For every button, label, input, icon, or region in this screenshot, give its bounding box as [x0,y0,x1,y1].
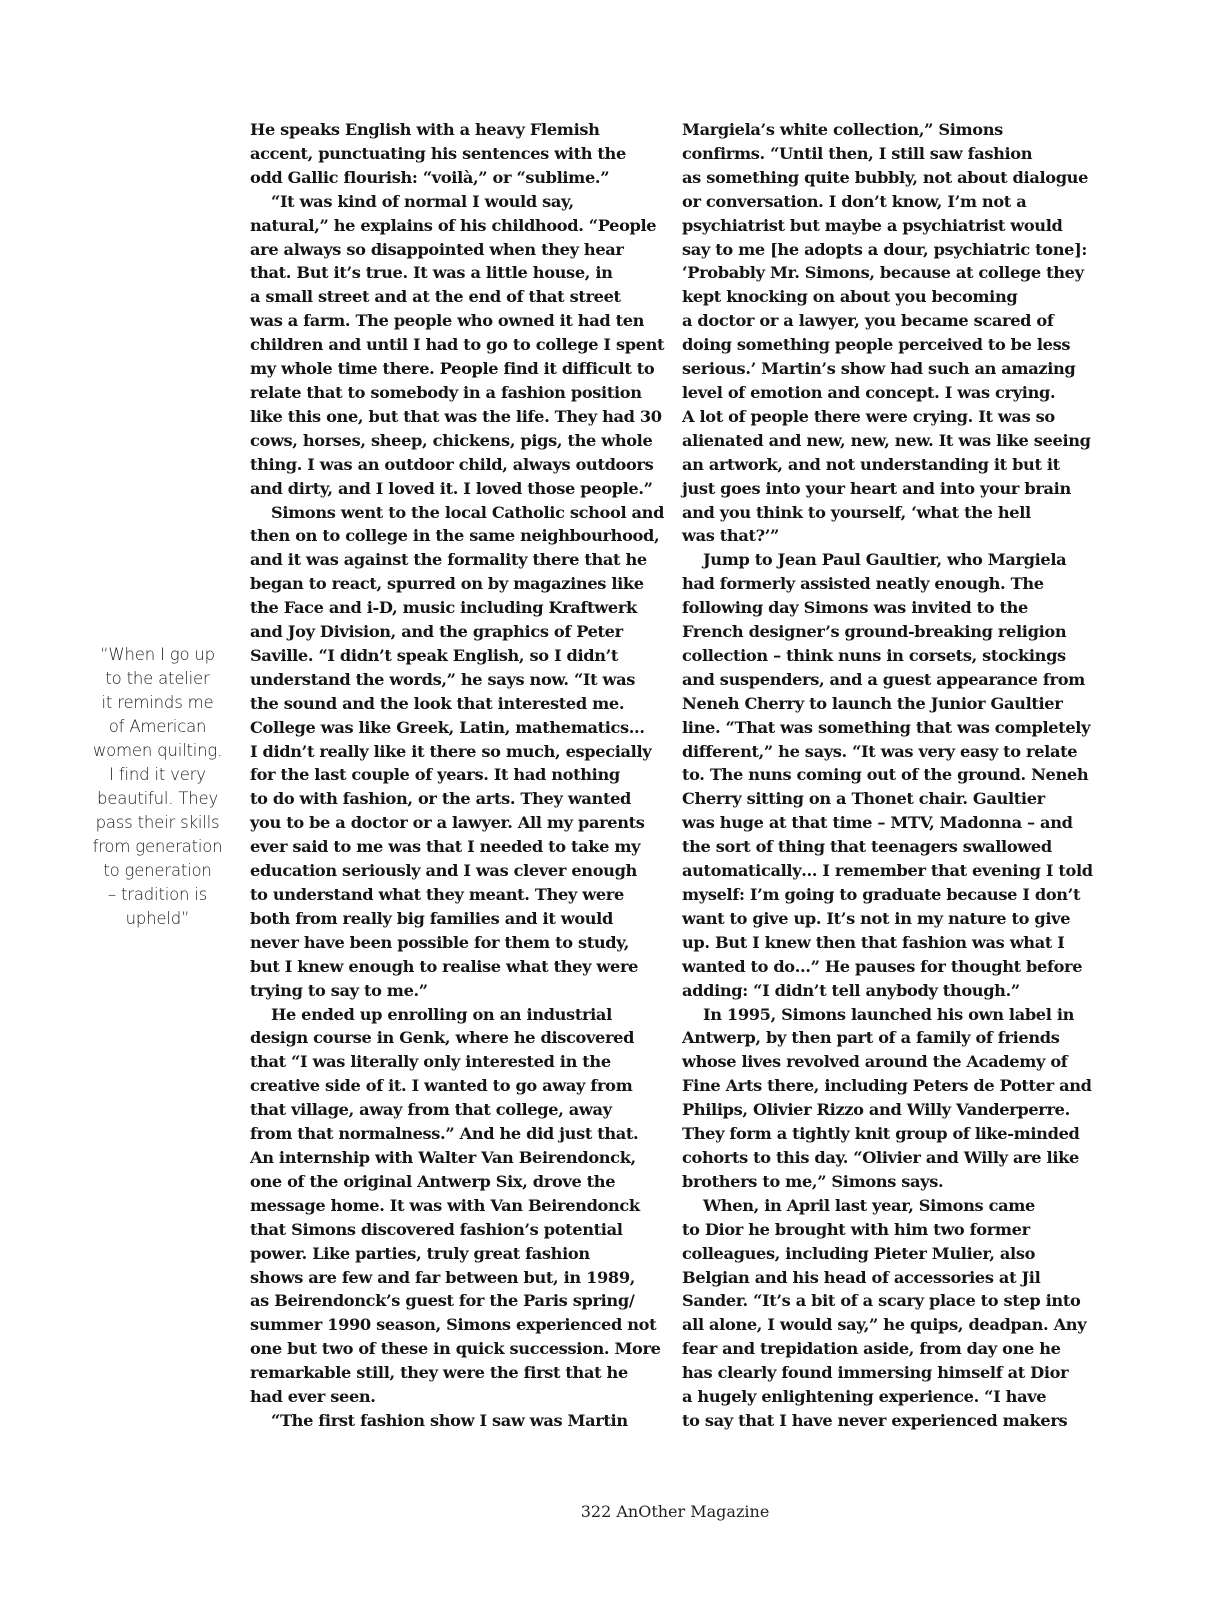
page-footer: 322 AnOther Magazine [0,1502,1230,1521]
text-line: a small street and at the end of that st… [250,285,680,309]
text-line: A lot of people there were crying. It wa… [682,405,1122,429]
text-line: a hugely enlightening experience. “I hav… [682,1385,1122,1409]
page-folio: 322 AnOther Magazine [581,1502,770,1521]
pull-quote-line: upheld” [70,907,245,931]
text-line: from that normalness.” And he did just t… [250,1122,680,1146]
text-line: as something quite bubbly, not about dia… [682,166,1122,190]
text-line: up. But I knew then that fashion was wha… [682,931,1122,955]
article-column-right: Margiela’s white collection,” Simonsconf… [682,118,1122,1433]
pull-quote-line: – tradition is [70,883,245,907]
text-line: my whole time there. People find it diff… [250,357,680,381]
text-line: Philips, Olivier Rizzo and Willy Vanderp… [682,1098,1122,1122]
text-line: and Joy Division, and the graphics of Pe… [250,620,680,644]
text-line: and it was against the formality there t… [250,548,680,572]
paragraph-first-line: In 1995, Simons launched his own label i… [682,1003,1122,1027]
text-line: children and until I had to go to colleg… [250,333,680,357]
text-line: to do with fashion, or the arts. They wa… [250,787,680,811]
text-line: that village, away from that college, aw… [250,1098,680,1122]
paragraph-first-line: He ended up enrolling on an industrial [250,1003,680,1027]
text-line: He speaks English with a heavy Flemish [250,118,680,142]
text-line: relate that to somebody in a fashion pos… [250,381,680,405]
text-line: Saville. “I didn’t speak English, so I d… [250,644,680,668]
text-line: and you think to yourself, ‘what the hel… [682,501,1122,525]
text-line: want to give up. It’s not in my nature t… [682,907,1122,931]
text-line: level of emotion and concept. I was cryi… [682,381,1122,405]
text-line: like this one, but that was the life. Th… [250,405,680,429]
text-line: whose lives revolved around the Academy … [682,1050,1122,1074]
pull-quote-line: women quilting. [70,739,245,763]
text-line: shows are few and far between but, in 19… [250,1266,680,1290]
text-line: alienated and new, new, new. It was like… [682,429,1122,453]
text-line: Fine Arts there, including Peters de Pot… [682,1074,1122,1098]
text-line: you to be a doctor or a lawyer. All my p… [250,811,680,835]
text-line: French designer’s ground-breaking religi… [682,620,1122,644]
paragraph-first-line: Simons went to the local Catholic school… [250,501,680,525]
pull-quote-line: of American [70,715,245,739]
text-line: the sound and the look that interested m… [250,692,680,716]
text-line: College was like Greek, Latin, mathemati… [250,716,680,740]
text-line: ‘Probably Mr. Simons, because at college… [682,261,1122,285]
text-line: serious.’ Martin’s show had such an amaz… [682,357,1122,381]
text-line: Neneh Cherry to launch the Junior Gaulti… [682,692,1122,716]
paragraph-first-line: Jump to Jean Paul Gaultier, who Margiela [682,548,1122,572]
text-line: They form a tightly knit group of like-m… [682,1122,1122,1146]
paragraph-first-line: “The first fashion show I saw was Martin [250,1409,680,1433]
text-line: that. But it’s true. It was a little hou… [250,261,680,285]
text-line: accent, punctuating his sentences with t… [250,142,680,166]
pull-quote-line: to the atelier [70,667,245,691]
text-line: thing. I was an outdoor child, always ou… [250,453,680,477]
text-line: brothers to me,” Simons says. [682,1170,1122,1194]
text-line: one but two of these in quick succession… [250,1337,680,1361]
text-line: natural,” he explains of his childhood. … [250,214,680,238]
paragraph-first-line: “It was kind of normal I would say, [250,190,680,214]
text-line: for the last couple of years. It had not… [250,763,680,787]
text-line: then on to college in the same neighbour… [250,524,680,548]
paragraph-first-line: When, in April last year, Simons came [682,1194,1122,1218]
text-line: that Simons discovered fashion’s potenti… [250,1218,680,1242]
text-line: education seriously and I was clever eno… [250,859,680,883]
text-line: and suspenders, and a guest appearance f… [682,668,1122,692]
text-line: had ever seen. [250,1385,680,1409]
text-line: or conversation. I don’t know, I’m not a [682,190,1122,214]
text-line: had formerly assisted neatly enough. The [682,572,1122,596]
pull-quote-line: from generation [70,835,245,859]
text-line: has clearly found immersing himself at D… [682,1361,1122,1385]
text-line: are always so disappointed when they hea… [250,238,680,262]
text-line: just goes into your heart and into your … [682,477,1122,501]
text-line: to say that I have never experienced mak… [682,1409,1122,1433]
text-line: began to react, spurred on by magazines … [250,572,680,596]
pull-quote-line: beautiful. They [70,787,245,811]
text-line: automatically… I remember that evening I… [682,859,1122,883]
text-line: remarkable still, they were the first th… [250,1361,680,1385]
magazine-page: “When I go upto the atelierit reminds me… [0,0,1230,1600]
text-line: Sander. “It’s a bit of a scary place to … [682,1289,1122,1313]
pull-quote-line: it reminds me [70,691,245,715]
text-line: never have been possible for them to stu… [250,931,680,955]
text-line: understand the words,” he says now. “It … [250,668,680,692]
text-line: wanted to do…” He pauses for thought bef… [682,955,1122,979]
text-line: colleagues, including Pieter Mulier, als… [682,1242,1122,1266]
text-line: was that?’” [682,524,1122,548]
text-line: I didn’t really like it there so much, e… [250,740,680,764]
text-line: psychiatrist but maybe a psychiatrist wo… [682,214,1122,238]
text-line: different,” he says. “It was very easy t… [682,740,1122,764]
text-line: an artwork, and not understanding it but… [682,453,1122,477]
text-line: Antwerp, by then part of a family of fri… [682,1026,1122,1050]
text-line: Belgian and his head of accessories at J… [682,1266,1122,1290]
text-line: Cherry sitting on a Thonet chair. Gaulti… [682,787,1122,811]
text-line: a doctor or a lawyer, you became scared … [682,309,1122,333]
text-line: was a farm. The people who owned it had … [250,309,680,333]
text-line: An internship with Walter Van Beirendonc… [250,1146,680,1170]
text-line: to understand what they meant. They were [250,883,680,907]
text-line: the Face and i-D, music including Kraftw… [250,596,680,620]
text-line: to. The nuns coming out of the ground. N… [682,763,1122,787]
text-line: fear and trepidation aside, from day one… [682,1337,1122,1361]
text-line: following day Simons was invited to the [682,596,1122,620]
text-line: both from really big families and it wou… [250,907,680,931]
text-line: power. Like parties, truly great fashion [250,1242,680,1266]
text-line: myself: I’m going to graduate because I … [682,883,1122,907]
text-line: and dirty, and I loved it. I loved those… [250,477,680,501]
text-line: confirms. “Until then, I still saw fashi… [682,142,1122,166]
text-line: collection – think nuns in corsets, stoc… [682,644,1122,668]
text-line: design course in Genk, where he discover… [250,1026,680,1050]
text-line: adding: “I didn’t tell anybody though.” [682,979,1122,1003]
text-line: kept knocking on about you becoming [682,285,1122,309]
text-line: one of the original Antwerp Six, drove t… [250,1170,680,1194]
text-line: odd Gallic flourish: “voilà,” or “sublim… [250,166,680,190]
text-line: summer 1990 season, Simons experienced n… [250,1313,680,1337]
pull-quote-line: “When I go up [70,643,245,667]
text-line: cows, horses, sheep, chickens, pigs, the… [250,429,680,453]
text-line: ever said to me was that I needed to tak… [250,835,680,859]
text-line: line. “That was something that was compl… [682,716,1122,740]
article-column-left: He speaks English with a heavy Flemishac… [250,118,680,1433]
text-line: but I knew enough to realise what they w… [250,955,680,979]
text-line: to Dior he brought with him two former [682,1218,1122,1242]
text-line: was huge at that time – MTV, Madonna – a… [682,811,1122,835]
text-line: as Beirendonck’s guest for the Paris spr… [250,1289,680,1313]
pull-quote-line: to generation [70,859,245,883]
text-line: cohorts to this day. “Olivier and Willy … [682,1146,1122,1170]
text-line: that “I was literally only interested in… [250,1050,680,1074]
text-line: all alone, I would say,” he quips, deadp… [682,1313,1122,1337]
text-line: say to me [he adopts a dour, psychiatric… [682,238,1122,262]
pull-quote-line: I find it very [70,763,245,787]
text-line: Margiela’s white collection,” Simons [682,118,1122,142]
text-line: message home. It was with Van Beirendonc… [250,1194,680,1218]
pull-quote-line: pass their skills [70,811,245,835]
text-line: the sort of thing that teenagers swallow… [682,835,1122,859]
text-line: creative side of it. I wanted to go away… [250,1074,680,1098]
pull-quote: “When I go upto the atelierit reminds me… [70,643,245,931]
text-line: doing something people perceived to be l… [682,333,1122,357]
text-line: trying to say to me.” [250,979,680,1003]
